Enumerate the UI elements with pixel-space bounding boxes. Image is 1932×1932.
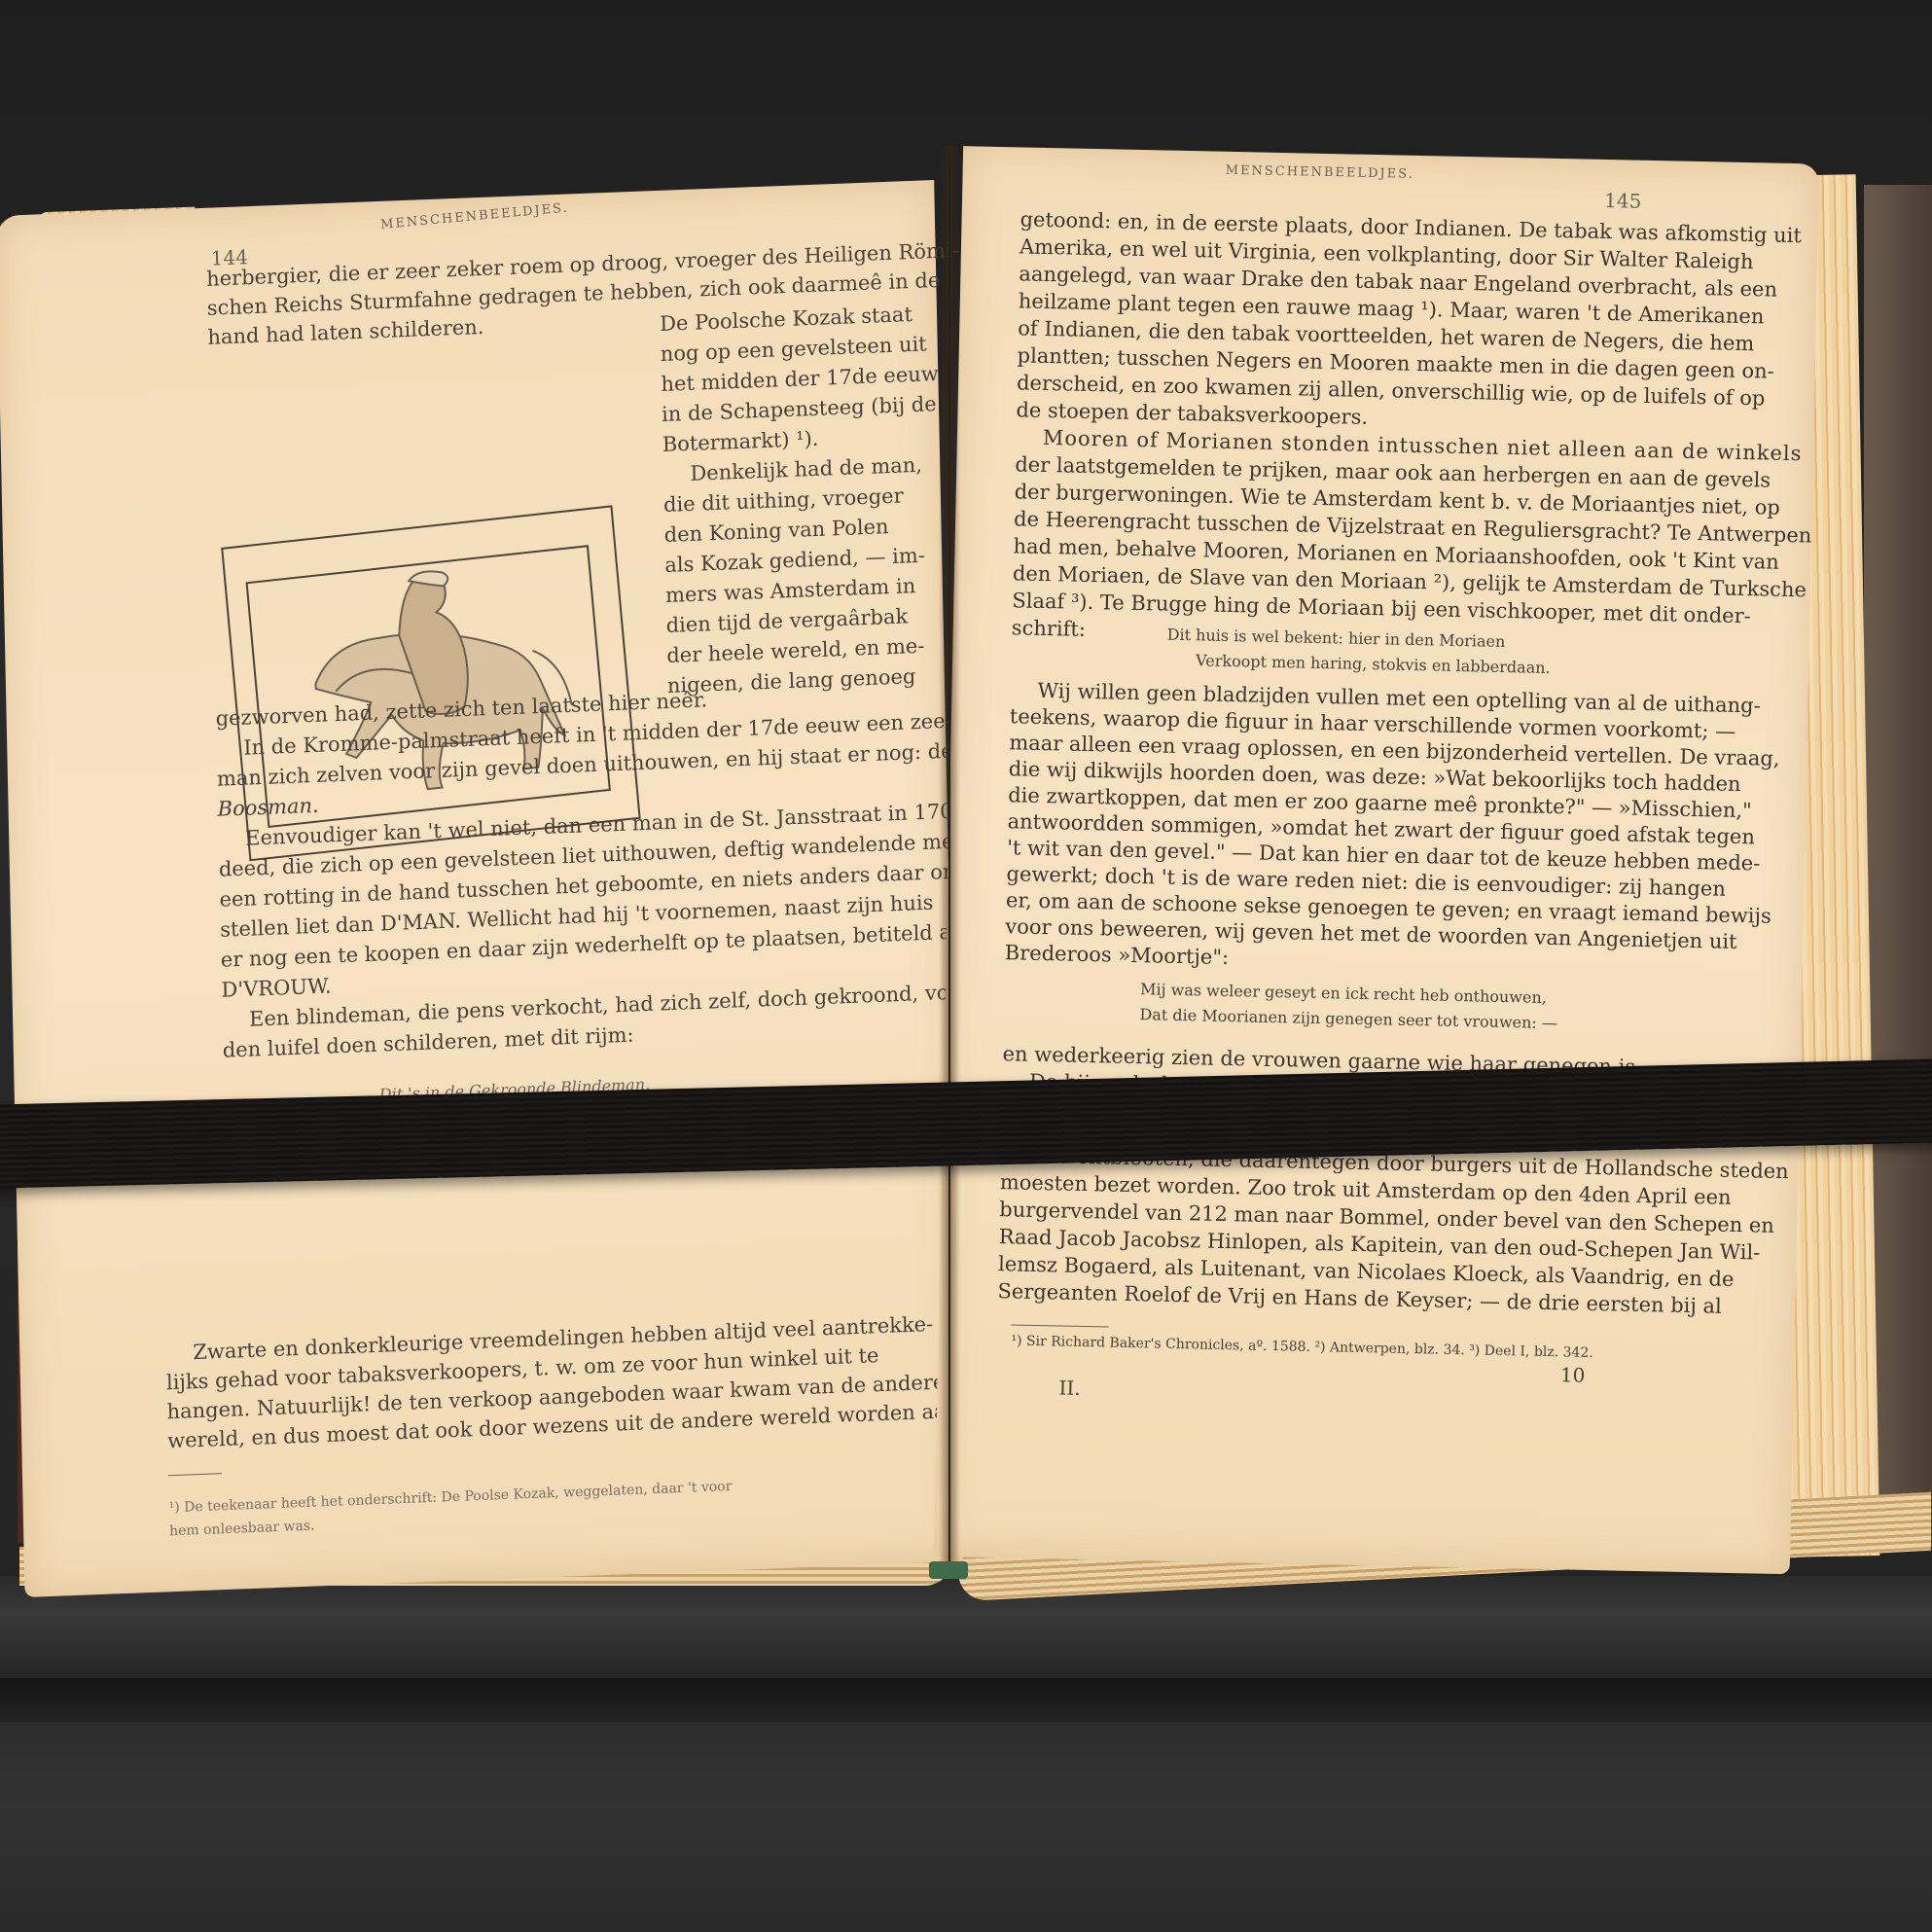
- footnotes: ¹) De teekenaar heeft het onderschrift: …: [168, 1475, 733, 1543]
- paragraph-below-strap: volk te ontblooten, die daarentegen door…: [997, 1141, 1759, 1320]
- body-text-below-strap: Zwarte en donkerkleurige vreemdelingen h…: [165, 1310, 907, 1455]
- book-stand-lip: [0, 1678, 1932, 1727]
- footnote-rule: [1012, 1324, 1109, 1327]
- photo-scene: MENSCHENBEELDJES. 144 herbergier, die er…: [0, 0, 1932, 1932]
- footnote-rule: [168, 1473, 222, 1476]
- book-stand-front: [0, 1722, 1932, 1932]
- page-number: 145: [1604, 189, 1642, 213]
- paragraph-2: Mooren of Morianen stonden intusschen ni…: [1012, 423, 1756, 657]
- paragraph-3: Wij willen geen bladzijden vullen met ee…: [1005, 677, 1750, 982]
- verse-moortje: Mij was weleer geseyt en ick recht heb o…: [1139, 977, 1557, 1036]
- verse-moriaen: Dit huis is wel bekent: hier in den Mori…: [1166, 623, 1552, 681]
- paragraph-1: getoond: en, in de eerste plaats, door I…: [1016, 205, 1760, 439]
- signature-volume: II.: [1058, 1377, 1081, 1400]
- body-text-after-illustration: gezworven had, zette zich ten laatste hi…: [215, 677, 922, 1066]
- gutter-line: [948, 156, 950, 1576]
- right-page: MENSCHENBEELDJES. 145 getoond: en, in de…: [934, 146, 1819, 1574]
- left-page: MENSCHENBEELDJES. 144 herbergier, die er…: [0, 180, 963, 1597]
- running-head: MENSCHENBEELDJES.: [1226, 163, 1414, 182]
- side-column-text: De Poolsche Kozak staat nog op een gevel…: [660, 300, 920, 701]
- running-head: MENSCHENBEELDJES.: [380, 200, 570, 233]
- signature-number: 10: [1560, 1363, 1586, 1387]
- spine-headband: [929, 1561, 968, 1579]
- footnotes: ¹) Sir Richard Baker's Chronicles, aº. 1…: [1011, 1329, 1593, 1365]
